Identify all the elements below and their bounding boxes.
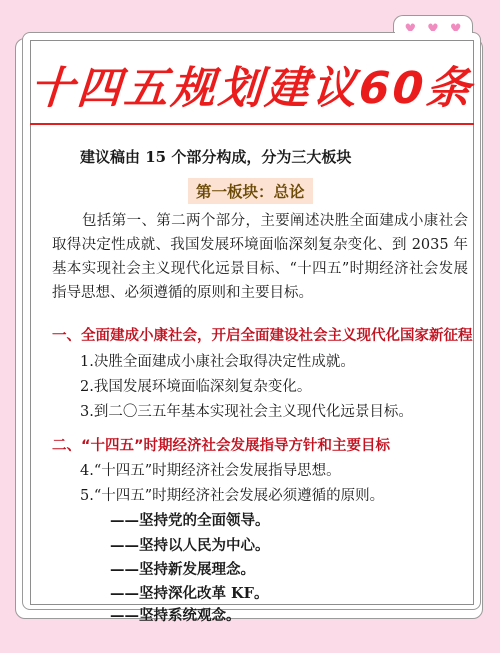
list-item: 3.到二〇三五年基本实现社会主义现代化远景目标。 xyxy=(80,400,413,421)
title-divider xyxy=(30,123,474,125)
page-title: 十四五规划建议60条 xyxy=(28,52,476,116)
section-heading-2: 二、“十四五”时期经济社会发展指导方针和主要目标 xyxy=(52,434,390,455)
section-badge: 第一板块：总论 xyxy=(188,178,313,204)
principle-item: ——坚持新发展理念。 xyxy=(110,558,255,579)
section-heading-1: 一、全面建成小康社会，开启全面建设社会主义现代化国家新征程 xyxy=(52,324,473,345)
list-item: 5.“十四五”时期经济社会发展必须遵循的原则。 xyxy=(80,484,384,505)
principle-item: ——坚持以人民为中心。 xyxy=(110,534,270,555)
list-item: 2.我国发展环境面临深刻复杂变化。 xyxy=(80,375,311,396)
principle-item: ——坚持深化改革 KF。 xyxy=(110,582,268,603)
principle-item: ——坚持系统观念。 xyxy=(110,604,241,625)
intro-text: 建议稿由 15 个部分构成，分为三大板块 xyxy=(80,146,351,167)
list-item: 4.“十四五”时期经济社会发展指导思想。 xyxy=(80,459,341,480)
list-item: 1.决胜全面建成小康社会取得决定性成就。 xyxy=(80,350,355,371)
principle-item: ——坚持党的全面领导。 xyxy=(110,509,270,530)
tab-joint xyxy=(395,31,472,35)
overview-paragraph: 包括第一、第二两个部分，主要阐述决胜全面建成小康社会取得决定性成就、我国发展环境… xyxy=(52,209,468,305)
